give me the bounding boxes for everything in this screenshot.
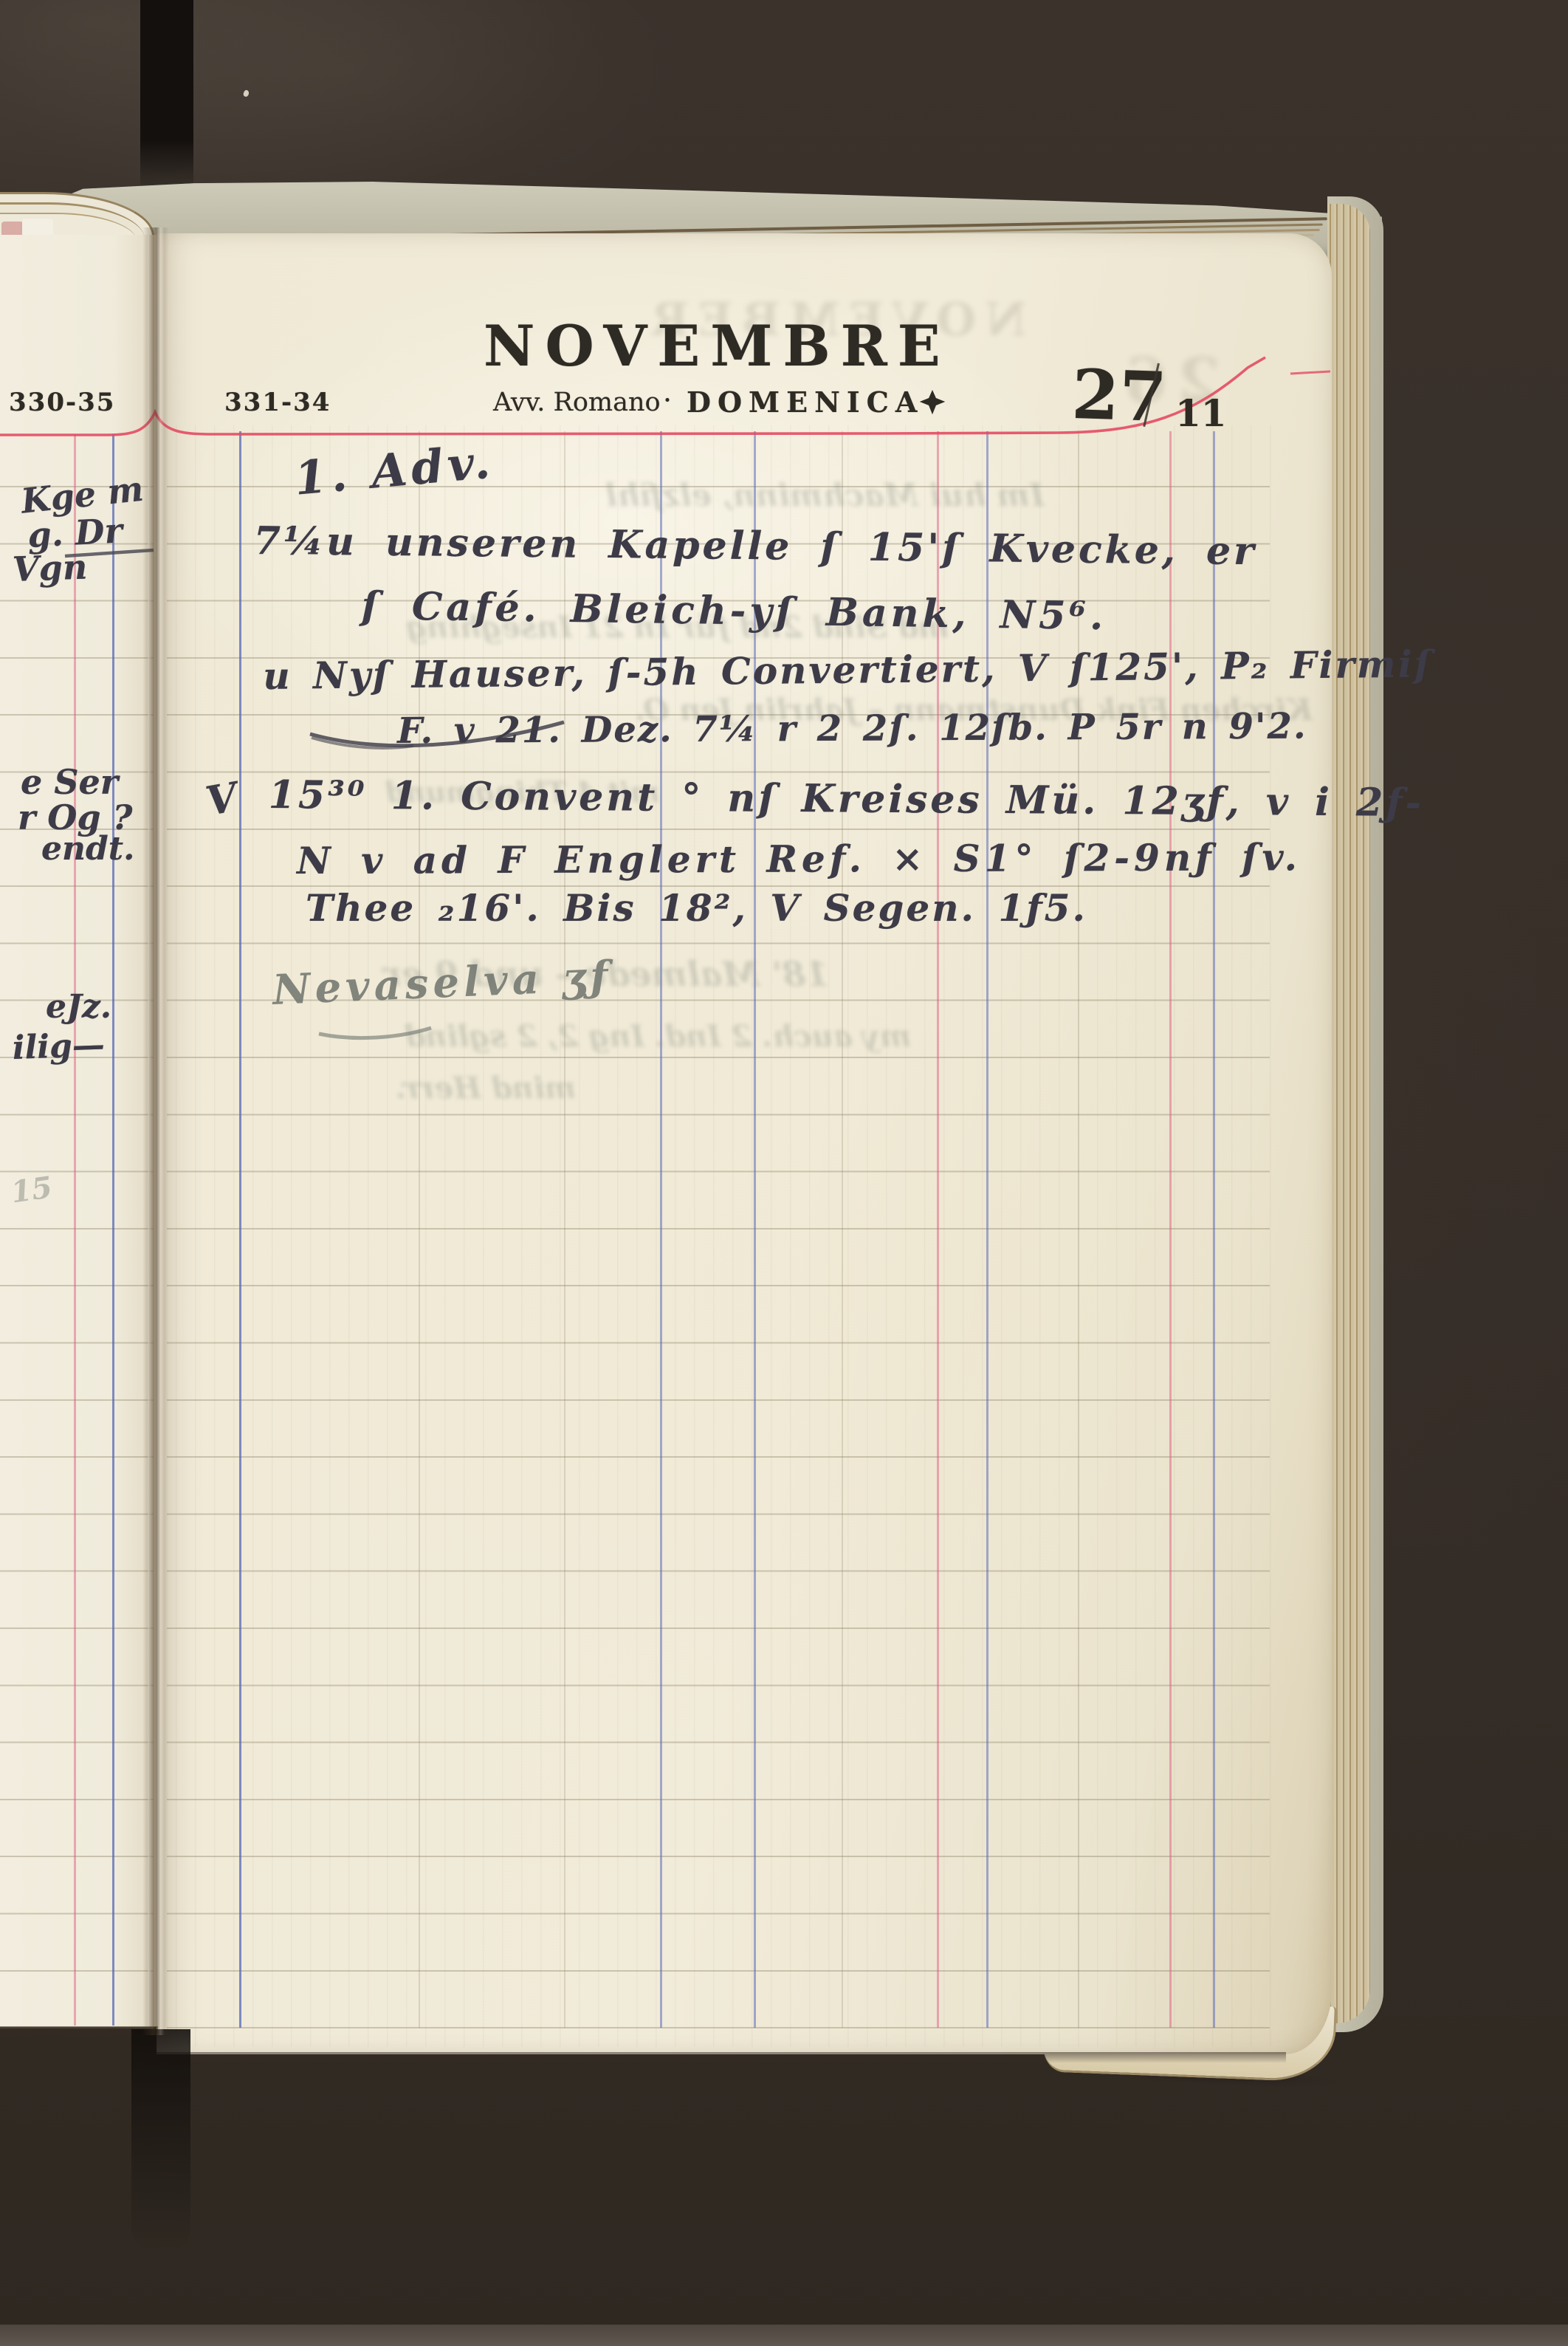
diary-scan: NOVEMBER 26 Im hui Machminn, elzfihl md … — [0, 0, 1568, 2346]
page-stack-fore-edge — [1327, 204, 1370, 2023]
gray-column-line — [1078, 431, 1079, 2028]
paper-speck — [243, 89, 250, 97]
page-shadow — [157, 2052, 1286, 2063]
gray-column-line — [419, 431, 420, 2028]
blue-rule-line — [239, 431, 241, 2028]
pink-rule-line — [937, 431, 939, 2028]
left-page-fragment — [0, 235, 157, 2027]
gray-column-line — [564, 431, 565, 2028]
blue-rule-line — [1213, 431, 1215, 2028]
spine-shadow-top — [140, 0, 193, 195]
pink-rule-line — [1169, 431, 1172, 2028]
ruled-lines — [167, 486, 1270, 2031]
pink-rule-line — [74, 434, 76, 2026]
spine-shadow-bottom — [131, 2029, 190, 2251]
gutter-crease — [142, 227, 169, 2035]
blue-rule-line — [986, 431, 988, 2028]
ruled-lines — [0, 486, 154, 2029]
blue-rule-line — [112, 434, 114, 2026]
gray-column-line — [842, 431, 843, 2028]
blue-rule-line — [660, 431, 662, 2028]
diary-page — [157, 233, 1332, 2054]
scan-bottom-band — [0, 2325, 1568, 2346]
blue-rule-line — [754, 431, 756, 2028]
